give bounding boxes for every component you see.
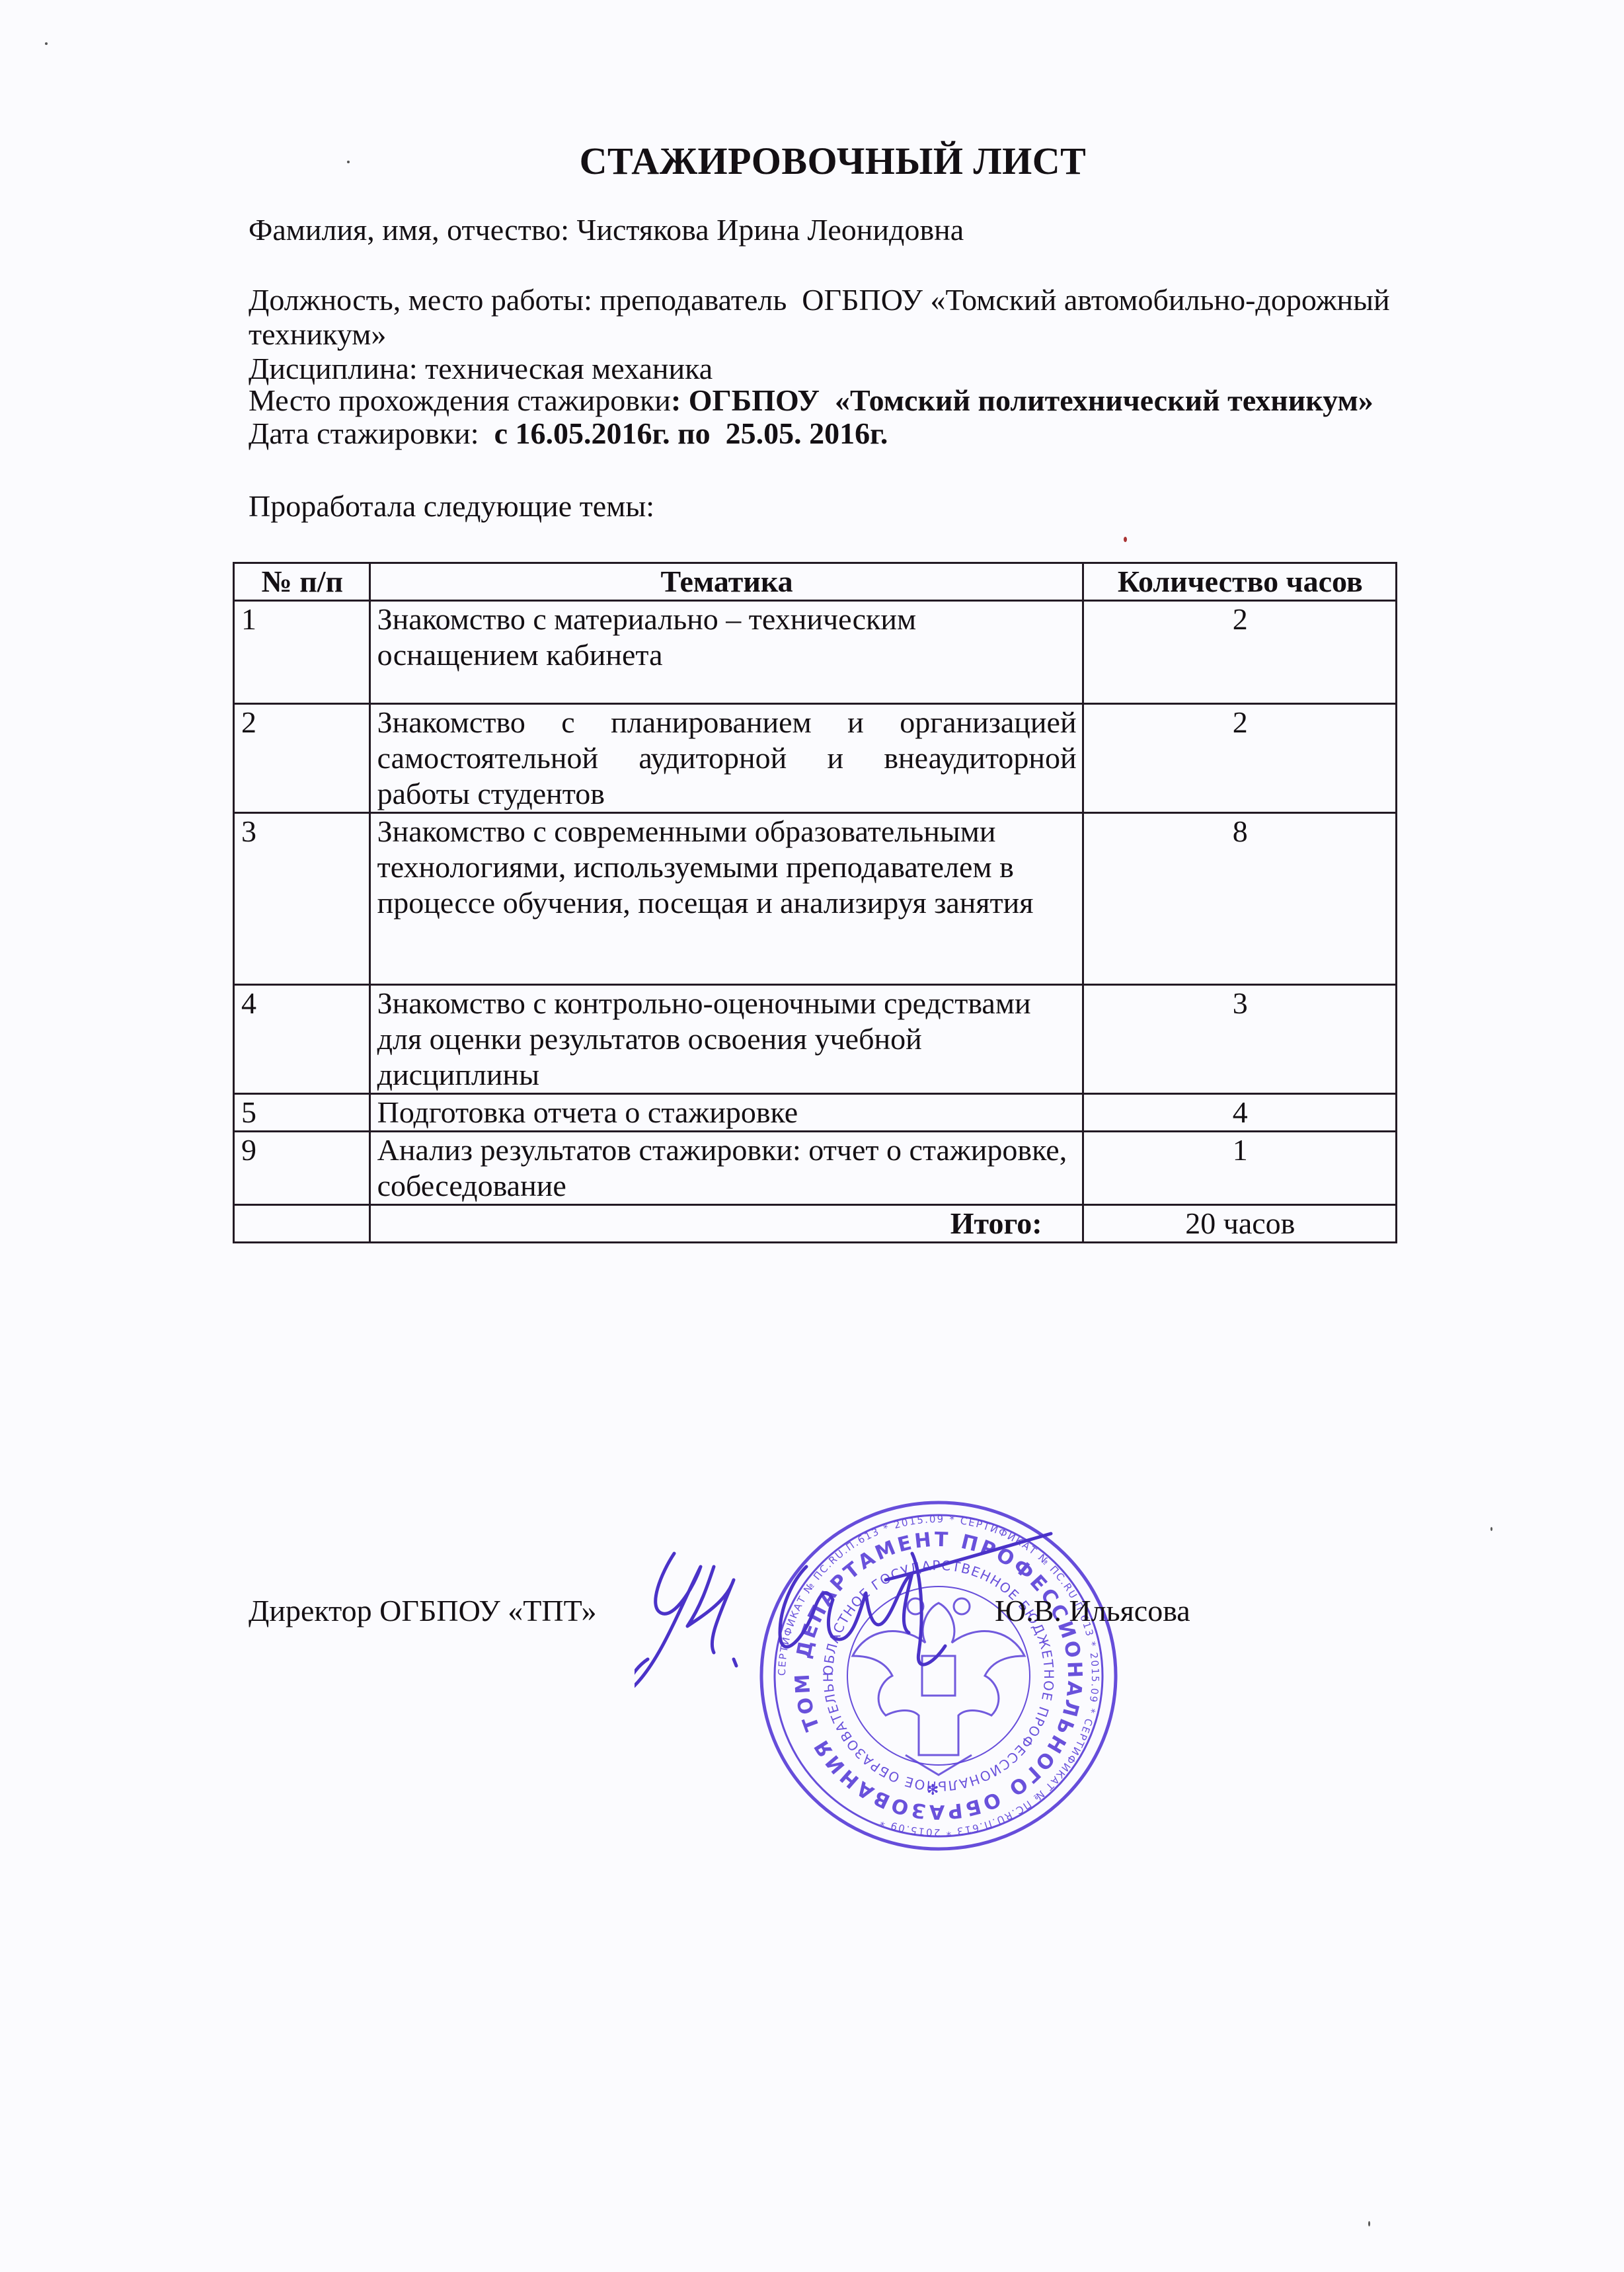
date-label: Дата стажировки: xyxy=(249,416,486,450)
row-topic: Знакомство с материально – техническим о… xyxy=(369,601,1083,704)
discipline-value: техническая механика xyxy=(425,352,713,385)
place-value: : ОГБПОУ «Томский политехнический техник… xyxy=(671,383,1373,417)
table-row: 2 Знакомство с планированием и организац… xyxy=(234,704,1397,813)
total-value: 20 часов xyxy=(1083,1205,1396,1243)
date-value: с 16.05.2016г. по 25.05. 2016г. xyxy=(486,416,888,450)
row-num: 3 xyxy=(234,813,370,985)
director-name: Ю.В. Ильясова xyxy=(995,1593,1190,1628)
table-row: 5 Подготовка отчета о стажировке 4 xyxy=(234,1094,1397,1132)
table-row: 1 Знакомство с материально – техническим… xyxy=(234,601,1397,704)
row-num: 4 xyxy=(234,985,370,1094)
total-label: Итого: xyxy=(369,1205,1083,1243)
position-label: Должность, место работы: xyxy=(249,283,599,317)
row-hours: 1 xyxy=(1083,1132,1396,1205)
row-hours: 2 xyxy=(1083,704,1396,813)
discipline-label: Дисциплина: xyxy=(249,352,425,385)
row-num: 2 xyxy=(234,704,370,813)
table-total-row: Итого: 20 часов xyxy=(234,1205,1397,1243)
director-position: Директор ОГБПОУ «ТПТ» xyxy=(249,1593,597,1628)
table-header-row: № п/п Тематика Количество часов xyxy=(234,563,1397,601)
discipline-line: Дисциплина: техническая механика xyxy=(249,352,713,386)
position-line: Должность, место работы: преподаватель О… xyxy=(249,283,1390,317)
table-row: 3 Знакомство с современными образователь… xyxy=(234,813,1397,985)
position-line-2: техникум» xyxy=(249,317,386,352)
scan-speck xyxy=(1368,2221,1370,2226)
table-row: 4 Знакомство с контрольно-оценочными сре… xyxy=(234,985,1397,1094)
total-empty-cell xyxy=(234,1205,370,1243)
place-line: Место прохождения стажировки: ОГБПОУ «То… xyxy=(249,383,1373,418)
place-label: Место прохождения стажировки xyxy=(249,383,671,417)
scan-speck xyxy=(347,161,350,163)
row-topic: Знакомство с современными образовательны… xyxy=(369,813,1083,985)
row-topic: Знакомство с контрольно-оценочными средс… xyxy=(369,985,1083,1094)
row-hours: 2 xyxy=(1083,601,1396,704)
row-topic: Анализ результатов стажировки: отчет о с… xyxy=(369,1132,1083,1205)
page-title: СТАЖИРОВОЧНЫЙ ЛИСТ xyxy=(0,139,1624,183)
fio-value: Чистякова Ирина Леонидовна xyxy=(577,213,964,247)
scan-speck xyxy=(1124,537,1127,542)
row-num: 5 xyxy=(234,1094,370,1132)
fio-label: Фамилия, имя, отчество: xyxy=(249,213,577,247)
topics-intro: Проработала следующие темы: xyxy=(249,489,654,524)
row-hours: 3 xyxy=(1083,985,1396,1094)
position-value: преподаватель ОГБПОУ «Томский автомобиль… xyxy=(599,283,1389,317)
row-hours: 4 xyxy=(1083,1094,1396,1132)
scan-speck xyxy=(1490,1527,1492,1531)
fio-line: Фамилия, имя, отчество: Чистякова Ирина … xyxy=(249,213,964,247)
date-line: Дата стажировки: с 16.05.2016г. по 25.05… xyxy=(249,416,888,451)
table-row: 9 Анализ результатов стажировки: отчет о… xyxy=(234,1132,1397,1205)
svg-text:✻: ✻ xyxy=(927,1782,939,1799)
row-hours: 8 xyxy=(1083,813,1396,985)
header-topic: Тематика xyxy=(369,563,1083,601)
row-num: 1 xyxy=(234,601,370,704)
row-topic: Знакомство с планированием и организацие… xyxy=(369,704,1083,813)
header-num: № п/п xyxy=(234,563,370,601)
row-topic: Подготовка отчета о стажировке xyxy=(369,1094,1083,1132)
topics-table: № п/п Тематика Количество часов 1 Знаком… xyxy=(233,562,1397,1243)
header-hours: Количество часов xyxy=(1083,563,1396,601)
row-num: 9 xyxy=(234,1132,370,1205)
scan-speck xyxy=(45,42,48,45)
